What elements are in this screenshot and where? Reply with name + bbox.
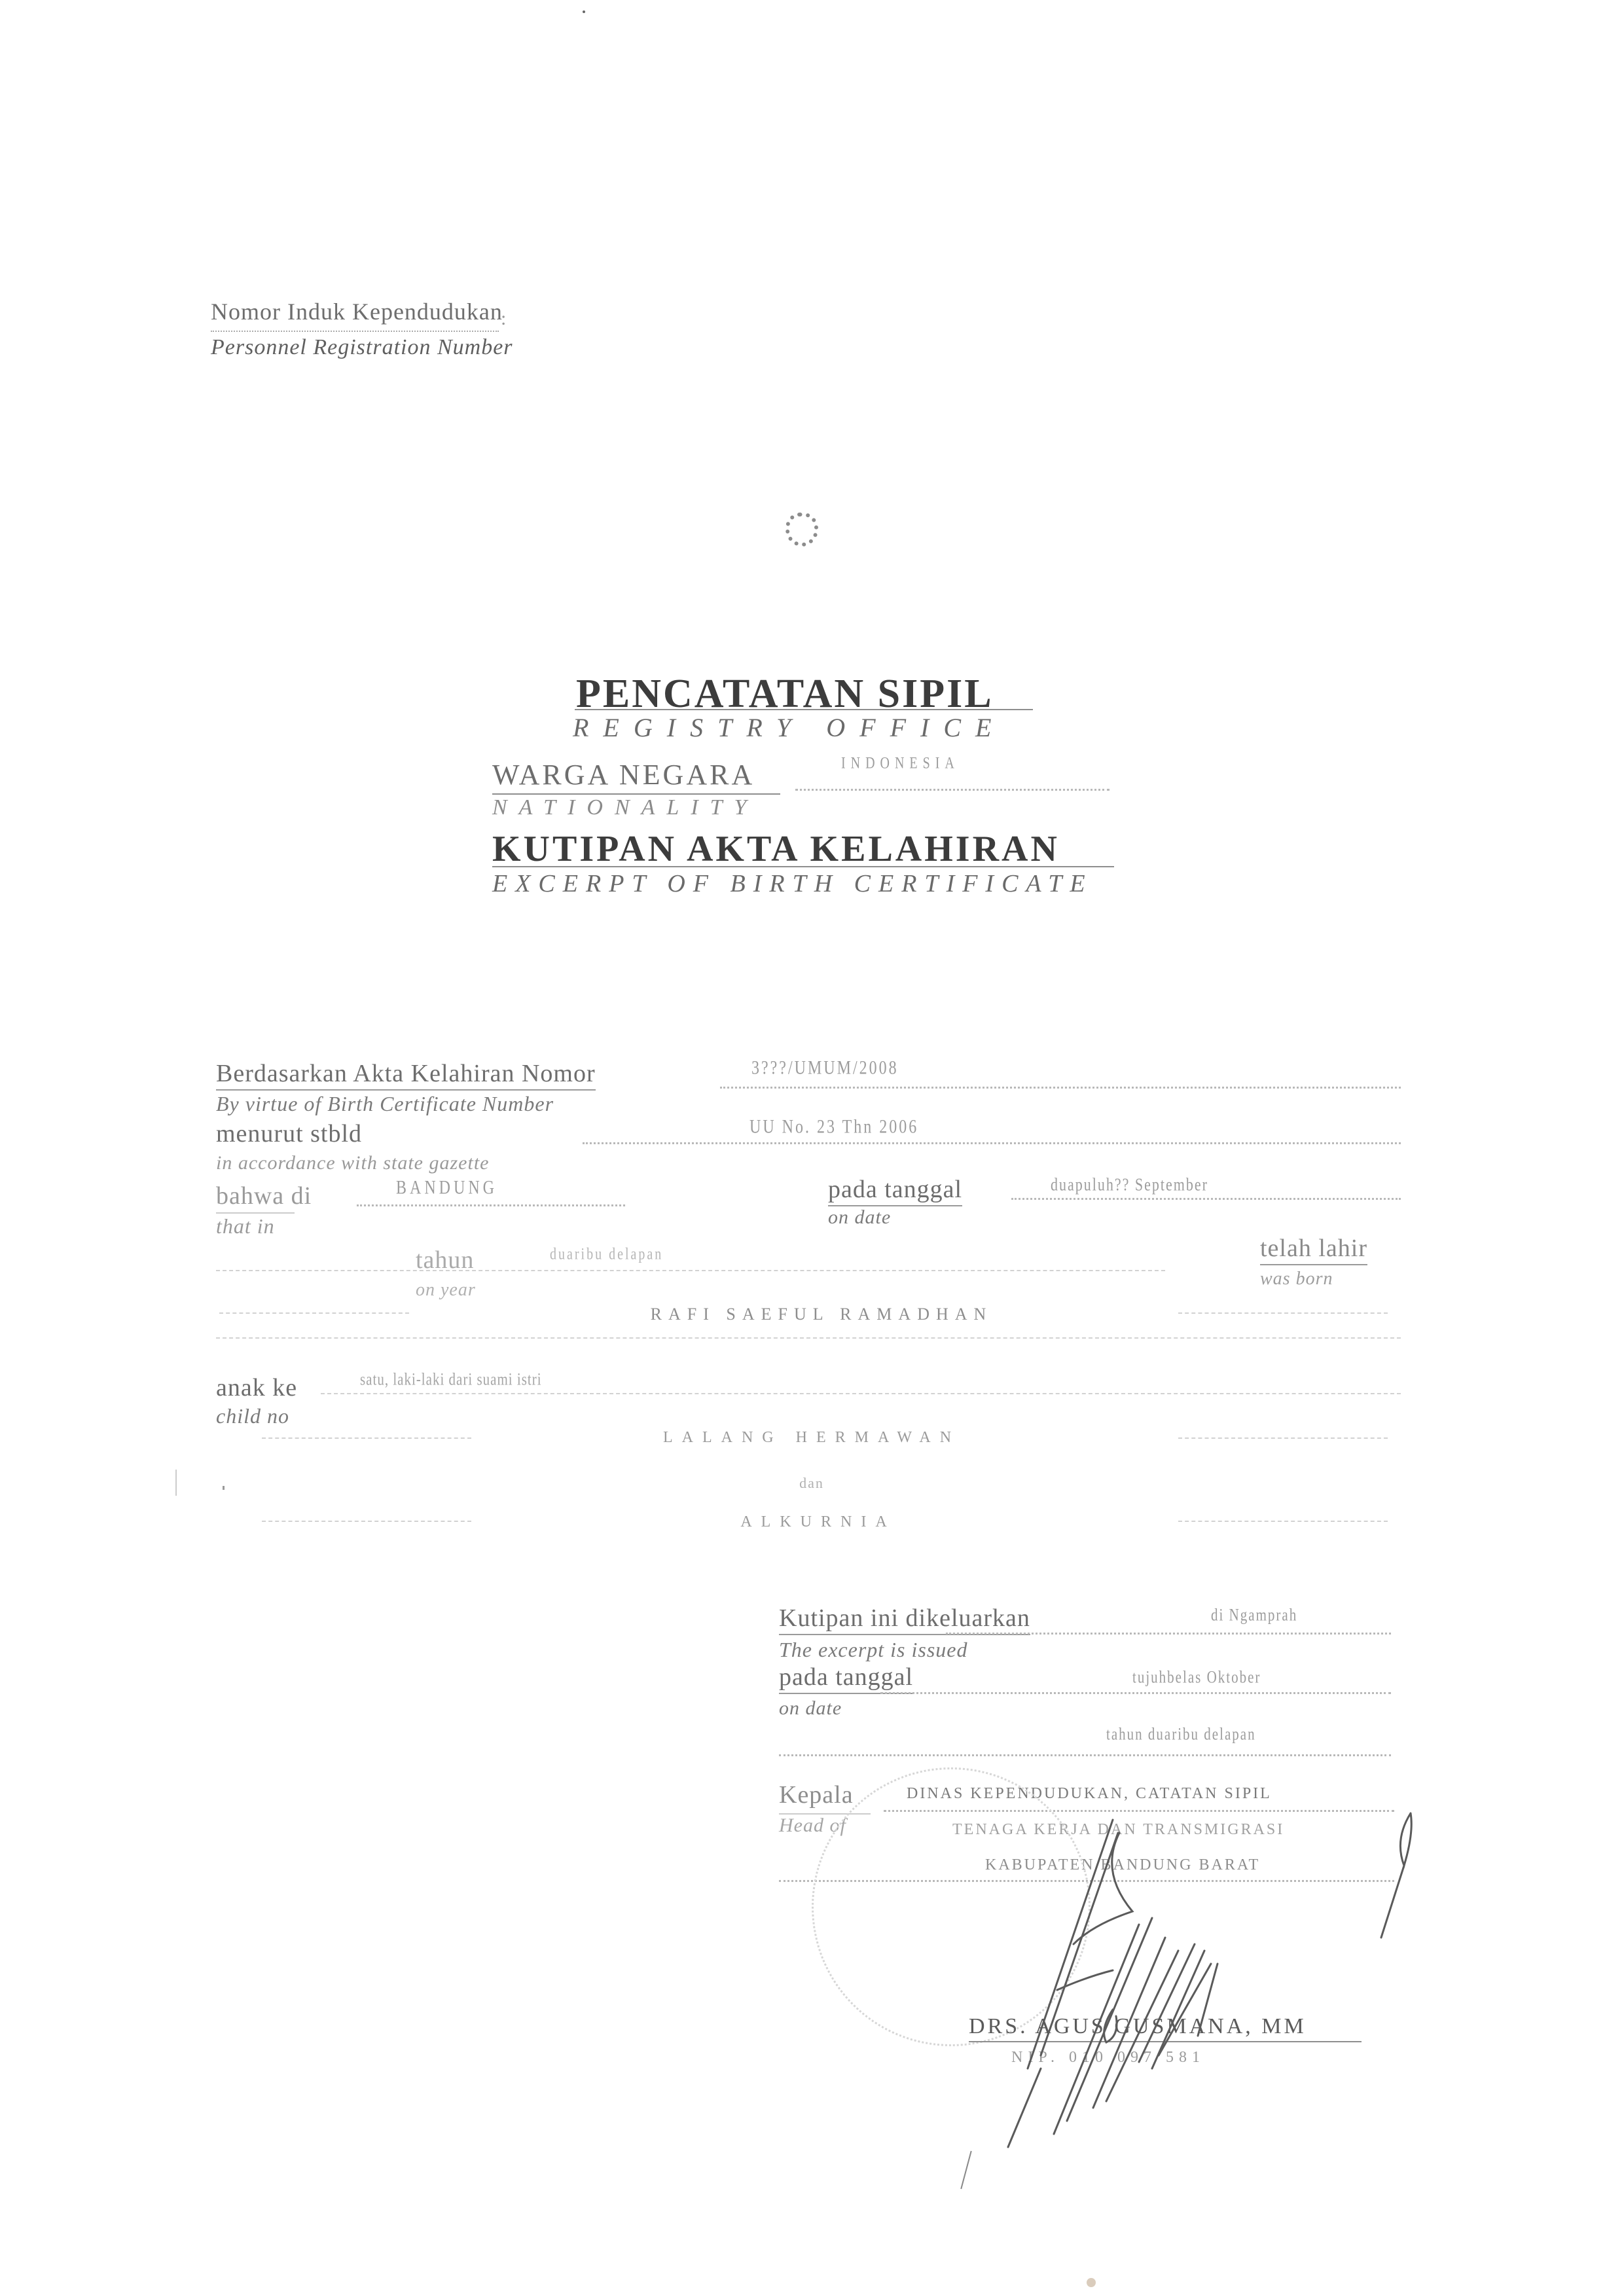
issued-label-en: The excerpt is issued [779, 1638, 968, 1662]
place-label-en: that in [216, 1214, 275, 1238]
office-title-en: REGISTRY OFFICE [573, 712, 1005, 743]
nationality-rule [492, 793, 780, 795]
issue-date-label-en: on date [779, 1697, 842, 1720]
issue-year-value: tahun duaribu delapan [1106, 1724, 1256, 1744]
certificate-no-label: Berdasarkan Akta Kelahiran Nomor [216, 1059, 596, 1091]
certificate-no-value: 3???/UMUM/2008 [751, 1057, 899, 1079]
scan-speck [1087, 2278, 1096, 2287]
document-title-rule [492, 866, 1114, 867]
child-no-dotted-line [321, 1393, 1401, 1394]
date-value: duapuluh?? September [1051, 1174, 1208, 1196]
margin-mark [175, 1470, 177, 1496]
issued-label: Kutipan ini dikeluarkan [779, 1604, 1030, 1635]
certificate-no-dotted-line [720, 1087, 1401, 1089]
place-label-rule [216, 1212, 295, 1214]
stbld-value: UU No. 23 Thn 2006 [749, 1116, 918, 1138]
garuda-emblem-icon [785, 513, 818, 547]
year-dotted-line [216, 1270, 1165, 1271]
issue-date-value: tujuhbelas Oktober [1132, 1667, 1261, 1688]
margin-mark [223, 1486, 225, 1490]
year-value: duaribu delapan [550, 1245, 663, 1264]
office-title-rule [575, 709, 1033, 710]
issued-place: di Ngamprah [1211, 1605, 1297, 1625]
father-left-dash [262, 1437, 471, 1439]
document-title: KUTIPAN AKTA KELAHIRAN [492, 828, 1060, 870]
nationality-value: INDONESIA [841, 754, 960, 773]
date-dotted-line [1011, 1198, 1401, 1200]
nik-separator: : [501, 308, 506, 330]
year-label-en: on year [416, 1280, 476, 1301]
place-dotted-line [357, 1204, 625, 1206]
nationality-label-en: NATIONALITY [492, 795, 758, 820]
document-title-en: EXCERPT OF BIRTH CERTIFICATE [492, 869, 1093, 898]
stbld-label-en: in accordance with state gazette [216, 1152, 489, 1174]
child-no-label-en: child no [216, 1404, 289, 1428]
born-label: telah lahir [1260, 1234, 1367, 1265]
stbld-dotted-line [583, 1142, 1401, 1144]
signature-scribble-icon [943, 1794, 1440, 2160]
born-label-en: was born [1260, 1269, 1333, 1290]
date-label-en: on date [828, 1206, 891, 1229]
father-right-dash [1178, 1437, 1388, 1439]
date-label: pada tanggal [828, 1175, 962, 1206]
mother-left-dash [262, 1521, 471, 1522]
office-title: PENCATATAN SIPIL [576, 671, 994, 717]
nationality-dotted-line [795, 789, 1110, 791]
child-no-value: satu, laki-laki dari suami istri [360, 1369, 542, 1390]
certificate-no-label-en: By virtue of Birth Certificate Number [216, 1092, 554, 1116]
place-label: bahwa di [216, 1182, 312, 1210]
father-name: LALANG HERMAWAN [609, 1429, 1015, 1447]
nik-label-en: Personnel Registration Number [211, 335, 513, 360]
child-name: RAFI SAEFUL RAMADHAN [543, 1305, 1100, 1324]
head-label: Kepala [779, 1780, 854, 1809]
child-name-dotted-line [216, 1337, 1401, 1339]
nationality-label: WARGA NEGARA [492, 758, 755, 791]
stbld-label: menurut stbld [216, 1119, 362, 1148]
nik-rule [211, 331, 499, 332]
conjunction: dan [766, 1475, 857, 1492]
mother-name: ALKURNIA [707, 1513, 929, 1531]
child-no-label: anak ke [216, 1373, 297, 1402]
issue-date-label: pada tanggal [779, 1663, 913, 1694]
issue-date-dotted-line [880, 1692, 1391, 1694]
child-name-left-dash [219, 1312, 409, 1314]
nik-label: Nomor Induk Kependudukan [211, 298, 503, 325]
issued-dotted-line [946, 1633, 1391, 1635]
mother-right-dash [1178, 1521, 1388, 1522]
issue-year-dotted-line [779, 1754, 1391, 1756]
child-name-right-dash [1178, 1312, 1388, 1314]
place-value: BANDUNG [396, 1177, 497, 1199]
scan-speck [583, 10, 585, 13]
